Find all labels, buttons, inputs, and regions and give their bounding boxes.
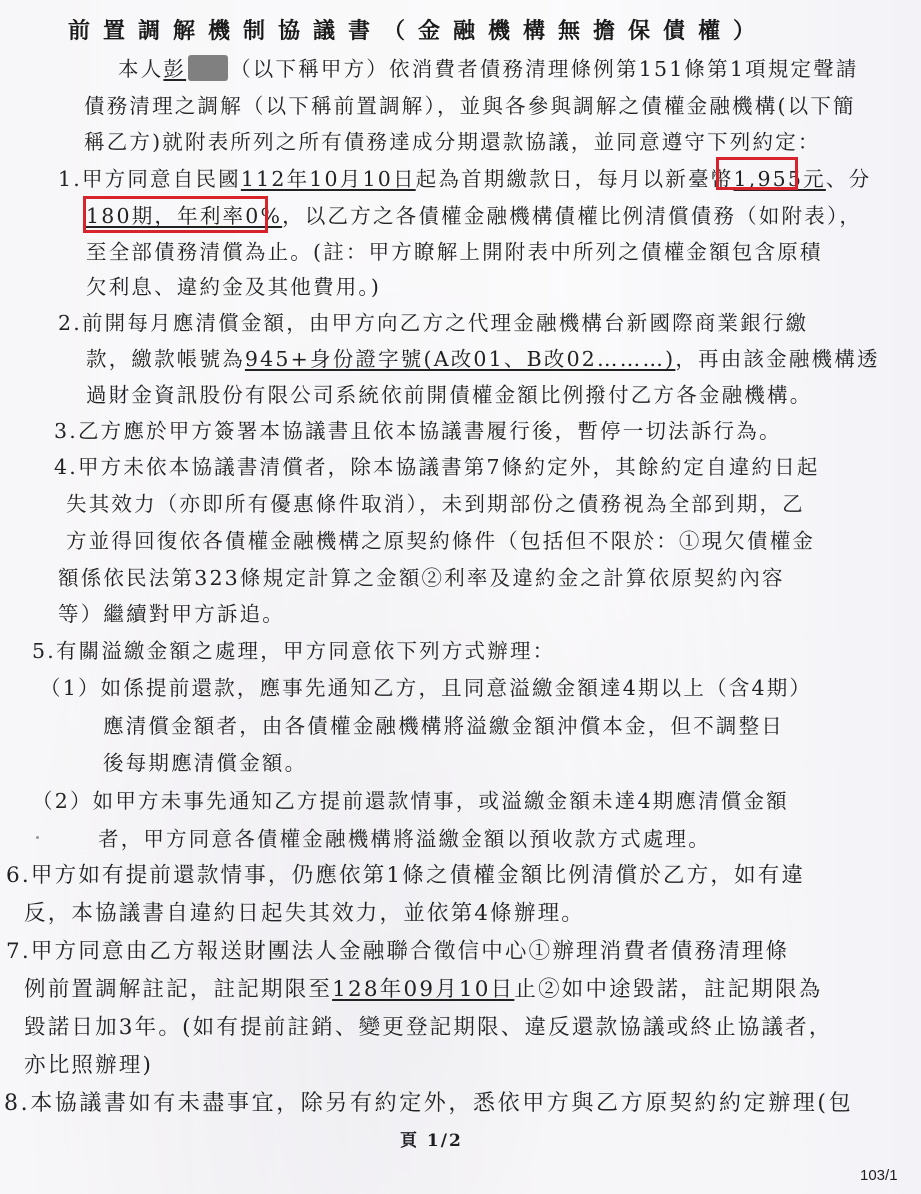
intro-line-2: 債務清理之調解（以下稱前置調解），並與各參與調解之債權金融機構(以下簡 [84, 89, 856, 119]
intro-suffix: （以下稱甲方）依消費者債務清理條例第151條第1項規定聲請 [230, 57, 858, 81]
clause-2-text: ，再由該金融機構透 [675, 347, 879, 371]
clause-7-line-1: 7.甲方同意由乙方報送財團法人金融聯合徵信中心①辦理消費者債務清理條 [6, 934, 789, 965]
clause-1-text: ，以乙方之各債權金融機構債權比例清償債務（如附表）， [282, 204, 862, 228]
clause-5-sub1-line-1: （1）如係提前還款，應事先通知乙方，且同意溢繳金額達4期以上（含4期） [40, 671, 812, 701]
intro-prefix: 本人 [118, 57, 163, 81]
party-a-name: 彭 [163, 57, 186, 81]
clause-4-line-2: 失其效力（亦即所有優惠條件取消），未到期部份之債務視為全部到期，乙 [66, 487, 805, 517]
clause-7-text: 例前置調解註記，註記期限至 [24, 977, 332, 1002]
clause-5-line-1: 5.有關溢繳金額之處理，甲方同意依下列方式辦理： [32, 634, 555, 664]
clause-4-line-1: 4.甲方未依本協議書清償者，除本協議書第7條約定外，其餘約定自違約日起 [54, 450, 820, 480]
clause-7-text: 止②如中途毀諾，註記期限為 [514, 977, 822, 1002]
clause-5-sub1-line-3: 後每期應清償金額。 [103, 746, 307, 776]
highlight-box-monthly-amount [716, 157, 798, 190]
clause-7-line-2: 例前置調解註記，註記期限至128年09月10日止②如中途毀諾，註記期限為 [24, 972, 822, 1003]
clause-5-sub2-line-2: 者，甲方同意各債權金融機構將溢繳金額以預收款方式處理。 [98, 822, 711, 852]
clause-1-text: 起為首期繳款日，每月以新臺幣 [416, 167, 734, 191]
clause-1-line-4: 欠利息、違約金及其他費用。) [86, 270, 381, 300]
first-payment-date: 112年10月10日 [241, 167, 416, 191]
clause-4-line-5: 等）繼續對甲方訴追。 [58, 597, 285, 627]
clause-5-sub2-line-1: （2）如甲方未事先通知乙方提前還款情事，或溢繳金額未達4期應清償金額 [32, 784, 789, 814]
intro-line-1: 本人彭（以下稱甲方）依消費者債務清理條例第151條第1項規定聲請 [118, 52, 859, 82]
document-number: 103/1 [860, 1167, 898, 1184]
clause-4-line-4: 額係依民法第323條規定計算之金額②利率及違約金之計算依原契約內容 [58, 561, 785, 591]
clause-8-line-1: 8.本協議書如有未盡事宜，除另有約定外，悉依甲方與乙方原契約約定辦理(包 [4, 1086, 853, 1117]
clause-2-line-2: 款，繳款帳號為945+身份證字號(A改01、B改02………)，再由該金融機構透 [86, 342, 880, 372]
payment-account: 945+身份證字號(A改01、B改02………) [245, 347, 675, 371]
redacted-name-block [188, 55, 228, 81]
clause-1-text: 1.甲方同意自民國 [58, 167, 241, 191]
scanned-document-page: 前置調解機制協議書（金融機構無擔保債權） 本人彭（以下稱甲方）依消費者債務清理條… [0, 0, 921, 1194]
clause-6-line-2: 反，本協議書自違約日起失其效力，並依第4條辦理。 [24, 896, 585, 927]
clause-7-line-4: 亦比照辦理) [24, 1048, 153, 1079]
annotation-end-date: 128年09月10日 [332, 977, 514, 1002]
clause-7-line-3: 毀諾日加3年。(如有提前註銷、變更登記期限、違反還款協議或終止協議者， [24, 1010, 833, 1041]
clause-2-line-3: 過財金資訊股份有限公司系統依前開債權金額比例撥付乙方各金融機構。 [86, 378, 812, 408]
page-indicator: 頁 1/2 [400, 1126, 463, 1151]
scan-speck [36, 836, 39, 839]
clause-5-sub1-line-2: 應清償金額者，由各債權金融機構將溢繳金額沖償本金，但不調整日 [103, 709, 784, 739]
clause-6-line-1: 6.甲方如有提前還款情事，仍應依第1條之債權金額比例清償於乙方，如有違 [6, 858, 805, 889]
intro-line-3: 稱乙方)就附表所列之所有債務達成分期還款協議，並同意遵守下列約定： [84, 125, 821, 155]
clause-1-line-3: 至全部債務清償為止。(註：甲方瞭解上開附表中所列之債權金額包含原積 [86, 235, 823, 265]
clause-1-text: 、分 [826, 167, 871, 191]
document-title: 前置調解機制協議書（金融機構無擔保債權） [68, 14, 868, 45]
clause-3-line-1: 3.乙方應於甲方簽署本協議書且依本協議書履行後，暫停一切法訴行為。 [54, 414, 782, 444]
highlight-box-installment-terms [83, 196, 268, 233]
clause-2-line-1: 2.前開每月應清償金額，由甲方向乙方之代理金融機構台新國際商業銀行繳 [58, 306, 808, 336]
clause-2-text: 款，繳款帳號為 [86, 347, 245, 371]
clause-4-line-3: 方並得回復依各債權金融機構之原契約條件（包括但不限於：①現欠債權金 [66, 524, 815, 554]
